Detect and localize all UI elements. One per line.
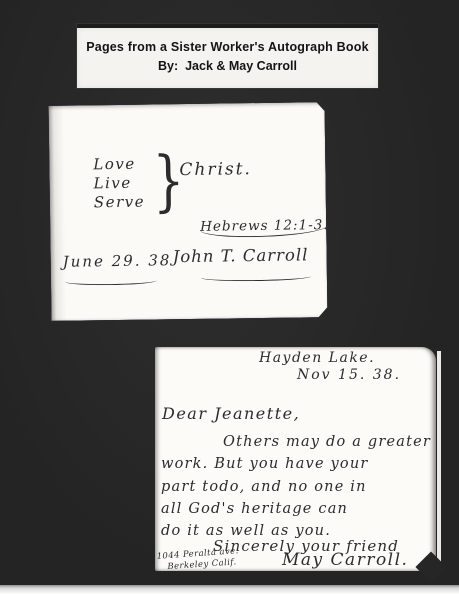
body-line: Others may do a greater — [161, 431, 431, 453]
motto-word-live: Live — [93, 174, 144, 194]
card1-date: June 29. 38 — [63, 251, 172, 271]
card1-signature: John T. Carroll — [172, 245, 308, 266]
title-line-2: By: Jack & May Carroll — [77, 59, 378, 73]
motto-word-christ: Christ. — [179, 159, 252, 180]
motto-word-list: Love Live Serve — [93, 155, 145, 213]
card-corner-notch — [415, 551, 446, 582]
scan-edge-strip — [0, 585, 459, 594]
body-line: part todo, and no one in — [161, 476, 431, 498]
scripture-reference: Hebrews 12:1-3. — [200, 217, 329, 238]
card2-page-edge — [437, 351, 441, 572]
motto-word-serve: Serve — [94, 193, 145, 213]
signature-underline-swash — [201, 272, 311, 282]
card2-salutation: Dear Jeanette, — [162, 404, 300, 423]
album-page-scan: Pages from a Sister Worker's Autograph B… — [0, 0, 459, 594]
brace-glyph: } — [152, 142, 185, 219]
autograph-card-john: Love Live Serve } Christ. Hebrews 12:1-3… — [49, 102, 328, 321]
autograph-card-may: Hayden Lake. Nov 15. 38. Dear Jeanette, … — [155, 347, 436, 571]
body-line: all God's heritage can — [161, 498, 431, 520]
card2-signature: May Carroll. — [282, 550, 408, 570]
title-label: Pages from a Sister Worker's Autograph B… — [77, 24, 378, 88]
card2-place: Hayden Lake. — [259, 350, 375, 366]
body-line: work. But you have your — [161, 453, 431, 475]
card2-address: 1044 Peralta ave. Berkeley Calif. — [156, 546, 239, 573]
date-underline-swash — [65, 276, 157, 285]
card2-date: Nov 15. 38. — [297, 367, 401, 383]
title-line-1: Pages from a Sister Worker's Autograph B… — [77, 40, 378, 54]
card2-body-text: Others may do a greater work. But you ha… — [161, 431, 431, 542]
motto-word-love: Love — [93, 155, 144, 175]
